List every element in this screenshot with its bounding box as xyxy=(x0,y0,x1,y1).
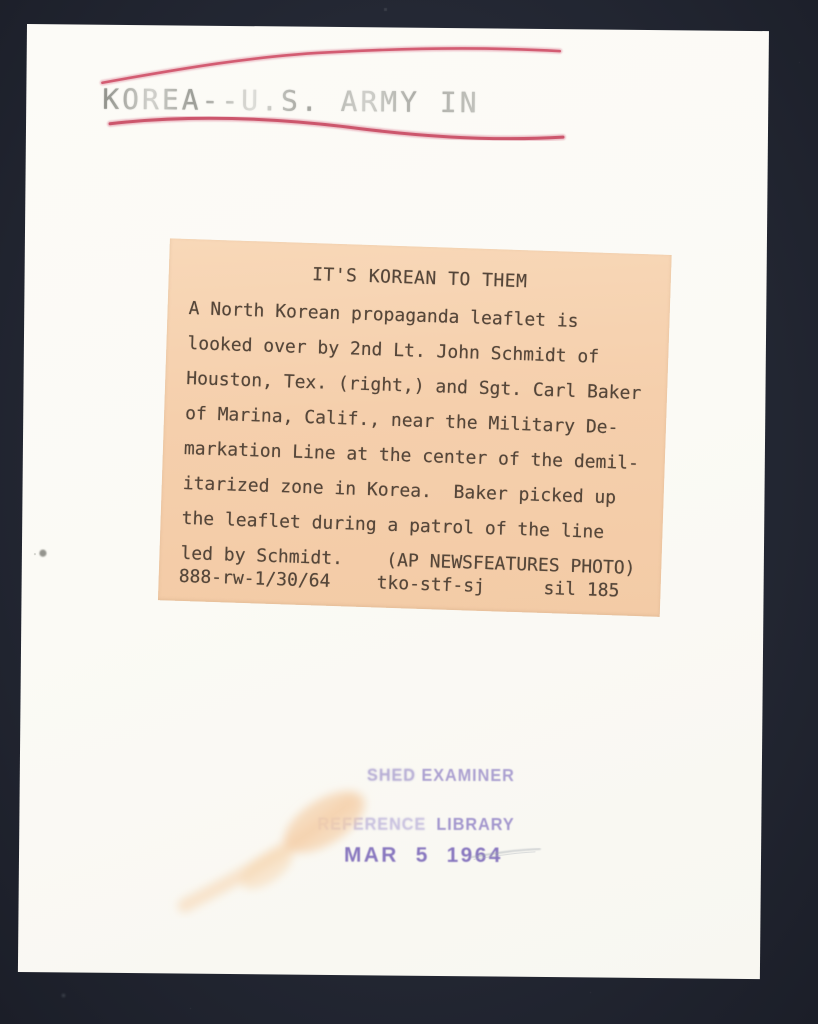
library-stamp-line2-main: LIBRARY xyxy=(436,815,514,834)
library-date-stamp: SHED EXAMINER REFERENCE LIBRARY MAR 5 19… xyxy=(317,747,529,869)
library-stamp-line1-main: EXAMINER xyxy=(416,765,515,785)
slug-stamp-text: KOREA--U.S. ARMY IN xyxy=(102,83,480,120)
smudge-stain-mid xyxy=(234,840,299,897)
red-pencil-swoosh-bottom-halo xyxy=(110,117,563,139)
photo-reference-number: 888-rw-1/30/64 xyxy=(178,566,330,592)
scanned-photo-back: KOREA--U.S. ARMY IN IT'S KOREAN TO THEM … xyxy=(0,0,818,1024)
library-stamp-date: MAR 5 1964 xyxy=(321,843,527,869)
red-pencil-swoosh-bottom xyxy=(110,117,563,139)
filing-code: sil 185 xyxy=(543,578,620,602)
library-stamp-line2: REFERENCE LIBRARY xyxy=(317,815,514,835)
library-stamp-line2-faded: REFERENCE xyxy=(317,815,426,834)
ink-dot-speck xyxy=(34,553,36,555)
scanner-dust-specks xyxy=(0,0,1,1)
wire-code: tko-stf-sj xyxy=(376,572,485,597)
caption-slip: IT'S KOREAN TO THEM A North Korean propa… xyxy=(158,238,672,616)
red-pencil-swoosh-top-halo xyxy=(102,45,559,87)
ink-dot xyxy=(39,550,46,557)
caption-body: A North Korean propaganda leaflet is loo… xyxy=(159,290,670,586)
red-pencil-swoosh-top xyxy=(102,45,559,87)
library-stamp-line1-faded: SHED xyxy=(367,765,416,785)
photo-paper: KOREA--U.S. ARMY IN IT'S KOREAN TO THEM … xyxy=(18,24,769,979)
library-stamp-line1: SHED EXAMINER xyxy=(318,747,515,805)
